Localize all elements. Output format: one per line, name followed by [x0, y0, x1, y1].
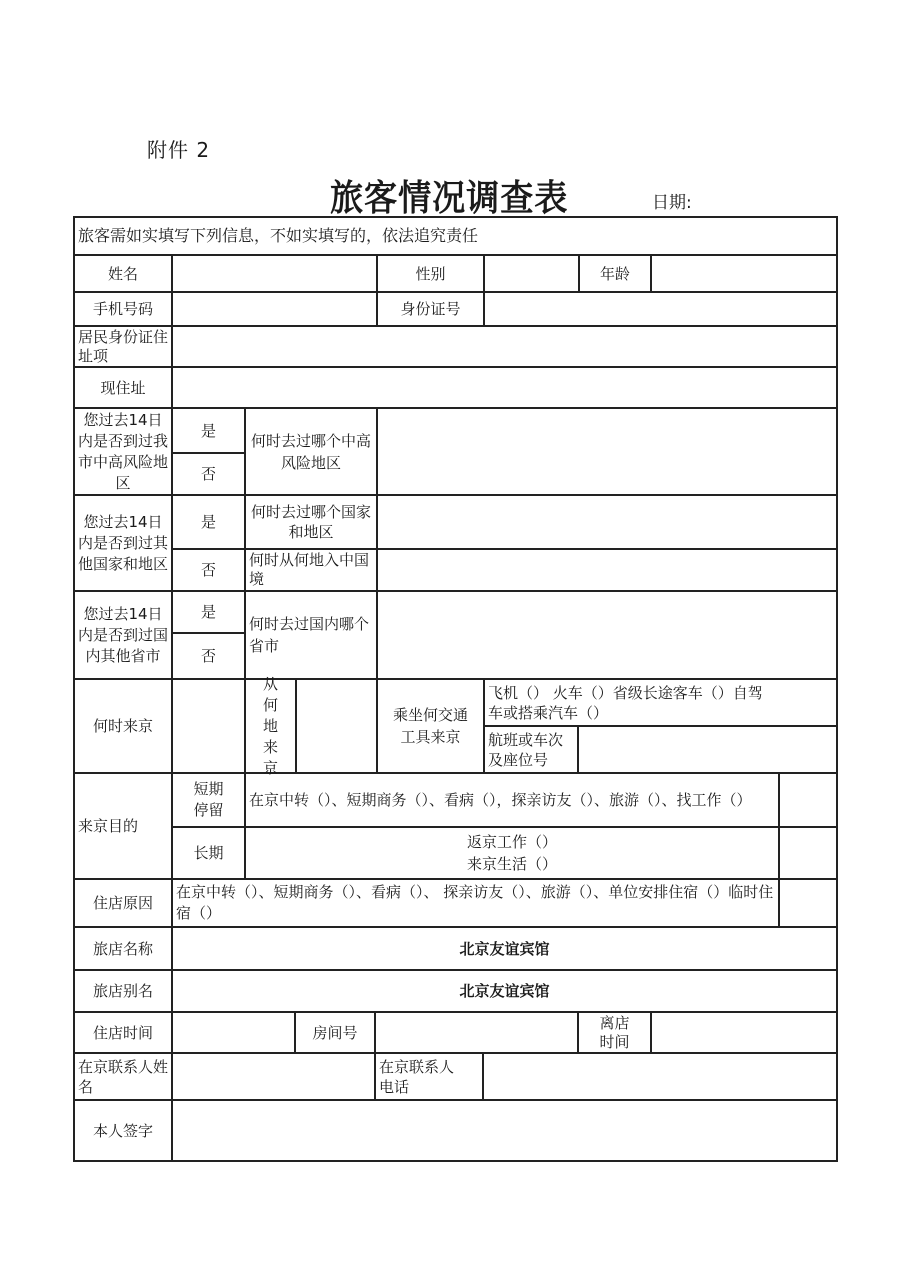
name-label: 姓名 — [75, 256, 171, 291]
gender-input[interactable] — [485, 256, 578, 291]
long-term-label: 长期 — [173, 828, 244, 878]
arrival-from-input[interactable] — [297, 680, 376, 772]
flight-train-input[interactable] — [579, 727, 836, 772]
risk-q1-no[interactable]: 否 — [173, 454, 244, 494]
current-address-input[interactable] — [173, 368, 836, 407]
date-label: 日期: — [652, 188, 692, 213]
gender-label: 性别 — [378, 256, 483, 291]
transport-label: 乘坐何交通工具来京 — [378, 680, 483, 772]
risk-q2-followup-no-input[interactable] — [378, 550, 836, 590]
checkin-time-input[interactable] — [173, 1013, 294, 1052]
name-input[interactable] — [173, 256, 376, 291]
flight-train-label: 航班或车次及座位号 — [485, 727, 577, 772]
hotel-name-label: 旅店名称 — [75, 928, 171, 969]
risk-q2-followup-yes-label: 何时去过哪个国家和地区 — [246, 496, 376, 548]
risk-q2-question: 您过去14日内是否到过其他国家和地区 — [75, 496, 171, 590]
arrival-time-input[interactable] — [173, 680, 244, 772]
checkout-time-input[interactable] — [652, 1013, 836, 1052]
age-input[interactable] — [652, 256, 836, 291]
current-address-label: 现住址 — [75, 368, 171, 407]
id-address-input[interactable] — [173, 327, 836, 366]
attachment-label: 附件 2 — [147, 134, 210, 163]
checkin-time-label: 住店时间 — [75, 1013, 171, 1052]
risk-q3-yes[interactable]: 是 — [173, 592, 244, 632]
age-label: 年龄 — [580, 256, 650, 291]
transport-options[interactable]: 飞机（） 火车（）省级长途客车（）自驾车或搭乘汽车（） — [485, 680, 836, 725]
long-term-options[interactable]: 返京工作（） 来京生活（） — [246, 828, 778, 878]
risk-q2-followup-yes-input[interactable] — [378, 496, 836, 548]
risk-q3-followup-label: 何时去过国内哪个省市 — [246, 592, 376, 678]
checkout-time-label: 离店时间 — [579, 1013, 650, 1052]
purpose-label: 来京目的 — [75, 774, 171, 878]
contact-name-input[interactable] — [173, 1054, 374, 1099]
phone-input[interactable] — [173, 293, 376, 325]
risk-q3-question: 您过去14日内是否到过国内其他省市 — [75, 592, 171, 678]
hotel-name-value: 北京友谊宾馆 — [173, 928, 836, 969]
room-number-label: 房间号 — [296, 1013, 374, 1052]
notice-text: 旅客需如实填写下列信息，不如实填写的，依法追究责任 — [75, 218, 835, 254]
page-title: 旅客情况调查表 — [330, 170, 568, 221]
risk-q1-yes[interactable]: 是 — [173, 409, 244, 452]
long-term-extra[interactable] — [780, 828, 836, 878]
hotel-alias-value: 北京友谊宾馆 — [173, 971, 836, 1011]
contact-name-label: 在京联系人姓名 — [75, 1054, 171, 1099]
contact-phone-label: 在京联系人电话 — [376, 1054, 482, 1099]
stay-reason-label: 住店原因 — [75, 880, 171, 926]
risk-q2-yes[interactable]: 是 — [173, 496, 244, 548]
contact-phone-input[interactable] — [484, 1054, 836, 1099]
risk-q1-followup-label: 何时去过哪个中高风险地区 — [246, 409, 376, 494]
hotel-alias-label: 旅店别名 — [75, 971, 171, 1011]
short-term-extra[interactable] — [780, 774, 836, 826]
signature-input[interactable] — [173, 1101, 836, 1160]
id-number-label: 身份证号 — [378, 293, 483, 325]
risk-q1-followup-input[interactable] — [378, 409, 836, 494]
short-term-options[interactable]: 在京中转（）、短期商务（）、看病（），探亲访友（）、旅游（）、找工作（） — [246, 774, 778, 826]
id-address-label: 居民身份证住址项 — [75, 327, 171, 366]
room-number-input[interactable] — [376, 1013, 577, 1052]
risk-q2-no[interactable]: 否 — [173, 550, 244, 590]
arrival-time-label: 何时来京 — [75, 680, 171, 772]
risk-q1-question: 您过去14日内是否到过我市中高风险地区 — [75, 409, 171, 494]
arrival-from-label: 从何地来京 — [246, 680, 295, 772]
id-number-input[interactable] — [485, 293, 836, 325]
risk-q3-followup-input[interactable] — [378, 592, 836, 678]
long-term-option-live[interactable]: 来京生活（） — [467, 853, 557, 875]
signature-label: 本人签字 — [75, 1101, 171, 1160]
risk-q3-no[interactable]: 否 — [173, 634, 244, 678]
short-term-label: 短期停留 — [173, 774, 244, 826]
risk-q2-followup-no-label: 何时从何地入中国境 — [246, 550, 376, 590]
stay-reason-options[interactable]: 在京中转（）、短期商务（）、看病（）、 探亲访友（）、旅游（）、单位安排住宿（）… — [173, 880, 778, 926]
long-term-option-return[interactable]: 返京工作（） — [467, 831, 557, 853]
phone-label: 手机号码 — [75, 293, 171, 325]
stay-reason-extra[interactable] — [780, 880, 836, 926]
